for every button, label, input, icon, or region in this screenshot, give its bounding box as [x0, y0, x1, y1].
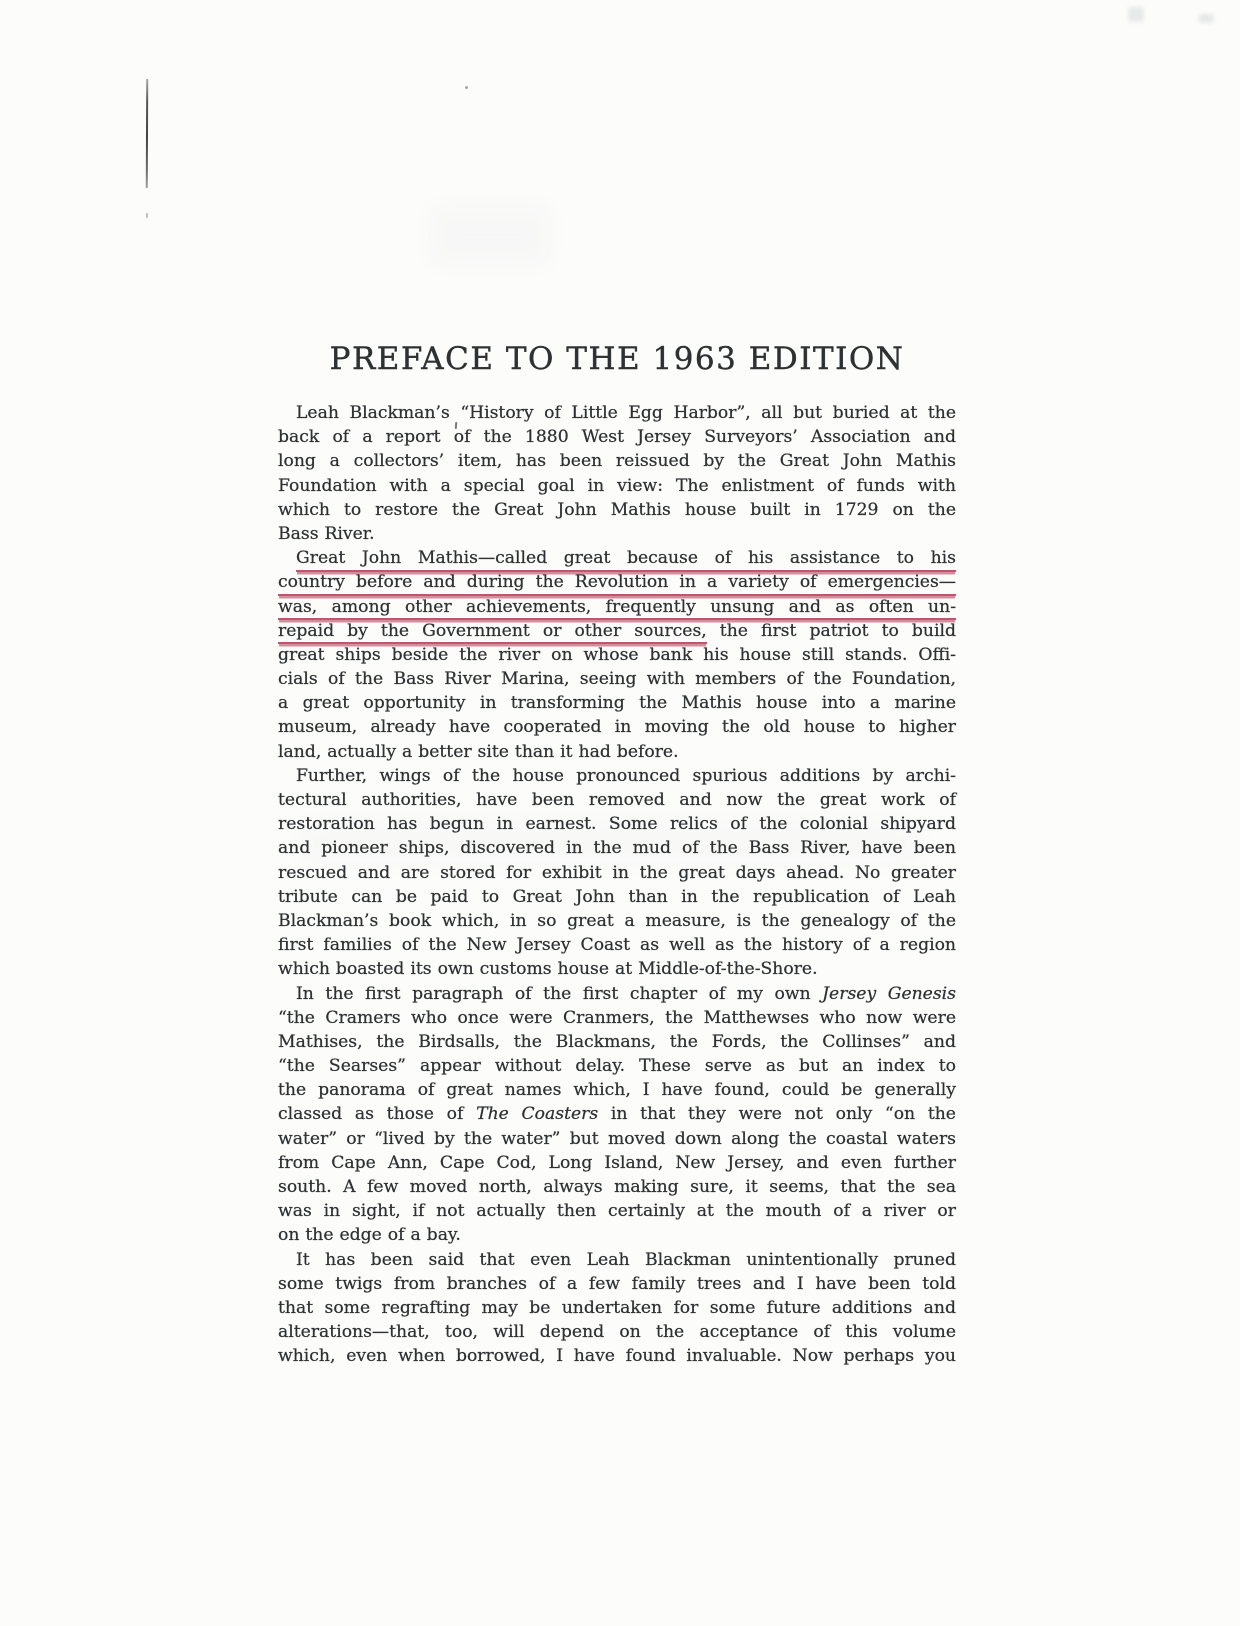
- paragraph: Leah Blackman’s “History of Little Egg H…: [278, 401, 956, 546]
- ink-speck: [465, 86, 468, 89]
- text-line: country before and during the Revolution…: [278, 570, 956, 594]
- body-text: Leah Blackman’s “History of Little Egg H…: [278, 401, 956, 1369]
- corner-smudge: [1128, 7, 1144, 22]
- red-underlined-text: country before and during the Revolution…: [278, 572, 956, 596]
- paragraph: Great John Mathis—called great because o…: [278, 546, 956, 764]
- red-underlined-text: repaid by the Government or other source…: [278, 621, 707, 645]
- text-line: the panorama of great names which, I hav…: [278, 1078, 956, 1102]
- text-line: on the edge of a bay.: [278, 1223, 956, 1247]
- text-line: south. A few moved north, always making …: [278, 1175, 956, 1199]
- text-line: “the Cramers who once were Cranmers, the…: [278, 1006, 956, 1030]
- text-line: great ships beside the river on whose ba…: [278, 643, 956, 667]
- corner-smudge: [1199, 14, 1214, 23]
- text-line: which, even when borrowed, I have found …: [278, 1344, 956, 1368]
- text-line: restoration has begun in earnest. Some r…: [278, 812, 956, 836]
- text-line: which boasted its own customs house at M…: [278, 957, 956, 981]
- text-line: long a collectors’ item, has been reissu…: [278, 449, 956, 473]
- text-line: Blackman’s book which, in so great a mea…: [278, 909, 956, 933]
- text-line: In the first paragraph of the first chap…: [278, 982, 956, 1006]
- text-line: a great opportunity in transforming the …: [278, 691, 956, 715]
- text-line: from Cape Ann, Cape Cod, Long Island, Ne…: [278, 1151, 956, 1175]
- text-line: It has been said that even Leah Blackman…: [278, 1248, 956, 1272]
- text-line: Foundation with a special goal in view: …: [278, 474, 956, 498]
- text-line: water” or “lived by the water” but moved…: [278, 1127, 956, 1151]
- text-line: Bass River.: [278, 522, 956, 546]
- scratch-dot: [146, 213, 148, 218]
- italic-text: The Coasters: [476, 1104, 598, 1124]
- text-line: was in sight, if not actually then certa…: [278, 1199, 956, 1223]
- italic-text: Jersey Genesis: [822, 984, 956, 1004]
- scan-shading: [430, 205, 550, 265]
- text-line: that some regrafting may be undertaken f…: [278, 1296, 956, 1320]
- text-line: rescued and are stored for exhibit in th…: [278, 861, 956, 885]
- text-line: “the Searses” appear without delay. Thes…: [278, 1054, 956, 1078]
- red-underlined-text: Great John Mathis—called great because o…: [296, 548, 956, 572]
- text-line: back of a report of the 1880 West Jersey…: [278, 425, 956, 449]
- text-line: Great John Mathis—called great because o…: [278, 546, 956, 570]
- paragraph: In the first paragraph of the first chap…: [278, 982, 956, 1248]
- text-line: some twigs from branches of a few family…: [278, 1272, 956, 1296]
- text-line: repaid by the Government or other source…: [278, 619, 956, 643]
- text-line: and pioneer ships, discovered in the mud…: [278, 836, 956, 860]
- text-line: was, among other achievements, frequentl…: [278, 595, 956, 619]
- text-line: museum, already have cooperated in movin…: [278, 715, 956, 739]
- text-line: first families of the New Jersey Coast a…: [278, 933, 956, 957]
- scanned-book-page: PREFACE TO THE 1963 EDITION Leah Blackma…: [0, 0, 1240, 1626]
- scratch-mark: [146, 79, 148, 188]
- text-line: Leah Blackman’s “History of Little Egg H…: [278, 401, 956, 425]
- paragraph: It has been said that even Leah Blackman…: [278, 1248, 956, 1369]
- text-line: cials of the Bass River Marina, seeing w…: [278, 667, 956, 691]
- text-line: land, actually a better site than it had…: [278, 740, 956, 764]
- text-line: Mathises, the Birdsalls, the Blackmans, …: [278, 1030, 956, 1054]
- text-line: which to restore the Great John Mathis h…: [278, 498, 956, 522]
- paragraph: Further, wings of the house pronounced s…: [278, 764, 956, 982]
- text-line: Further, wings of the house pronounced s…: [278, 764, 956, 788]
- text-line: tribute can be paid to Great John than i…: [278, 885, 956, 909]
- text-line: tectural authorities, have been removed …: [278, 788, 956, 812]
- text-line: classed as those of The Coasters in that…: [278, 1102, 956, 1126]
- text-line: alterations—that, too, will depend on th…: [278, 1320, 956, 1344]
- page-title: PREFACE TO THE 1963 EDITION: [278, 344, 956, 375]
- red-underlined-text: was, among other achievements, frequentl…: [278, 597, 956, 621]
- text-column: PREFACE TO THE 1963 EDITION Leah Blackma…: [278, 344, 956, 1369]
